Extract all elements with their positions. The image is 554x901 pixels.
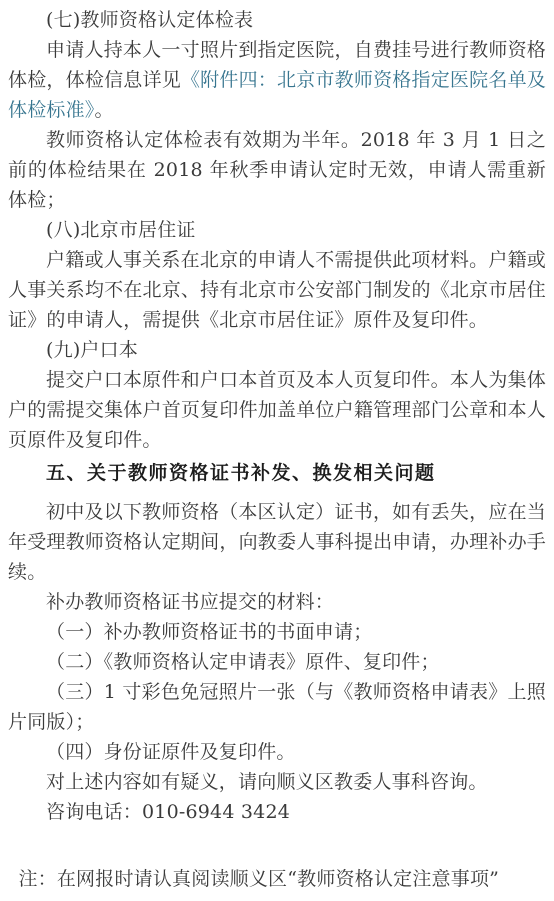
text-run: 教师资格认定体检表有效期为半年。2018 年 3 月 1 日之前的体检结果在 2… — [8, 129, 546, 211]
text-run: 对上述内容如有疑义，请向顺义区教委人事科咨询。 — [46, 771, 488, 793]
material-item-1: （一）补办教师资格证书的书面申请； — [8, 617, 546, 647]
item-7-heading: (七)教师资格认定体检表 — [8, 5, 546, 35]
document-page: (七)教师资格认定体检表申请人持本人一寸照片到指定医院，自费挂号进行教师资格体检… — [0, 0, 554, 901]
material-item-2: （二）《教师资格认定申请表》原件、复印件； — [8, 647, 546, 677]
item-7-para: 申请人持本人一寸照片到指定医院，自费挂号进行教师资格体检，体检信息详见《附件四：… — [8, 35, 546, 125]
text-run: 提交户口本原件和户口本首页及本人页复印件。本人为集体户的需提交集体户首页复印件加… — [8, 369, 546, 451]
text-run: （四）身份证原件及复印件。 — [46, 741, 296, 763]
document-body: (七)教师资格认定体检表申请人持本人一寸照片到指定医院，自费挂号进行教师资格体检… — [8, 5, 546, 894]
text-run: (九)户口本 — [46, 339, 138, 361]
item-9-heading: (九)户口本 — [8, 335, 546, 365]
text-run: (七)教师资格认定体检表 — [46, 9, 253, 31]
text-run: （三）1 寸彩色免冠照片一张（与《教师资格申请表》上照片同版）； — [8, 681, 546, 733]
item-8-para: 户籍或人事关系在北京的申请人不需提供此项材料。户籍或人事关系均不在北京、持有北京… — [8, 245, 546, 335]
text-run: 初中及以下教师资格（本区认定）证书，如有丢失，应在当年受理教师资格认定期间，向教… — [8, 501, 546, 583]
material-item-3: （三）1 寸彩色免冠照片一张（与《教师资格申请表》上照片同版）； — [8, 677, 546, 737]
text-run: （二）《教师资格认定申请表》原件、复印件； — [46, 651, 440, 673]
text-run: 注：在网报时请认真阅读顺义区“教师资格认定注意事项” — [18, 868, 499, 890]
materials-intro-para: 补办教师资格证书应提交的材料： — [8, 587, 546, 617]
text-run: 五、关于教师资格证书补发、换发相关问题 — [46, 462, 436, 484]
material-item-4: （四）身份证原件及复印件。 — [8, 737, 546, 767]
text-run: 户籍或人事关系在北京的申请人不需提供此项材料。户籍或人事关系均不在北京、持有北京… — [8, 249, 546, 331]
section-5-intro-para: 初中及以下教师资格（本区认定）证书，如有丢失，应在当年受理教师资格认定期间，向教… — [8, 497, 546, 587]
text-run: 。 — [95, 99, 114, 121]
text-run: （一）补办教师资格证书的书面申请； — [46, 621, 372, 643]
item-9-para: 提交户口本原件和户口本首页及本人页复印件。本人为集体户的需提交集体户首页复印件加… — [8, 365, 546, 455]
note-line: 注：在网报时请认真阅读顺义区“教师资格认定注意事项” — [8, 864, 546, 894]
phone-para: 咨询电话：010-6944 3424 — [8, 797, 546, 827]
contact-para: 对上述内容如有疑义，请向顺义区教委人事科咨询。 — [8, 767, 546, 797]
text-run: 补办教师资格证书应提交的材料： — [46, 591, 334, 613]
item-7-validity-para: 教师资格认定体检表有效期为半年。2018 年 3 月 1 日之前的体检结果在 2… — [8, 125, 546, 215]
text-run: (八)北京市居住证 — [46, 219, 196, 241]
item-8-heading: (八)北京市居住证 — [8, 215, 546, 245]
section-5-heading: 五、关于教师资格证书补发、换发相关问题 — [8, 458, 546, 488]
text-run: 咨询电话：010-6944 3424 — [46, 801, 290, 823]
